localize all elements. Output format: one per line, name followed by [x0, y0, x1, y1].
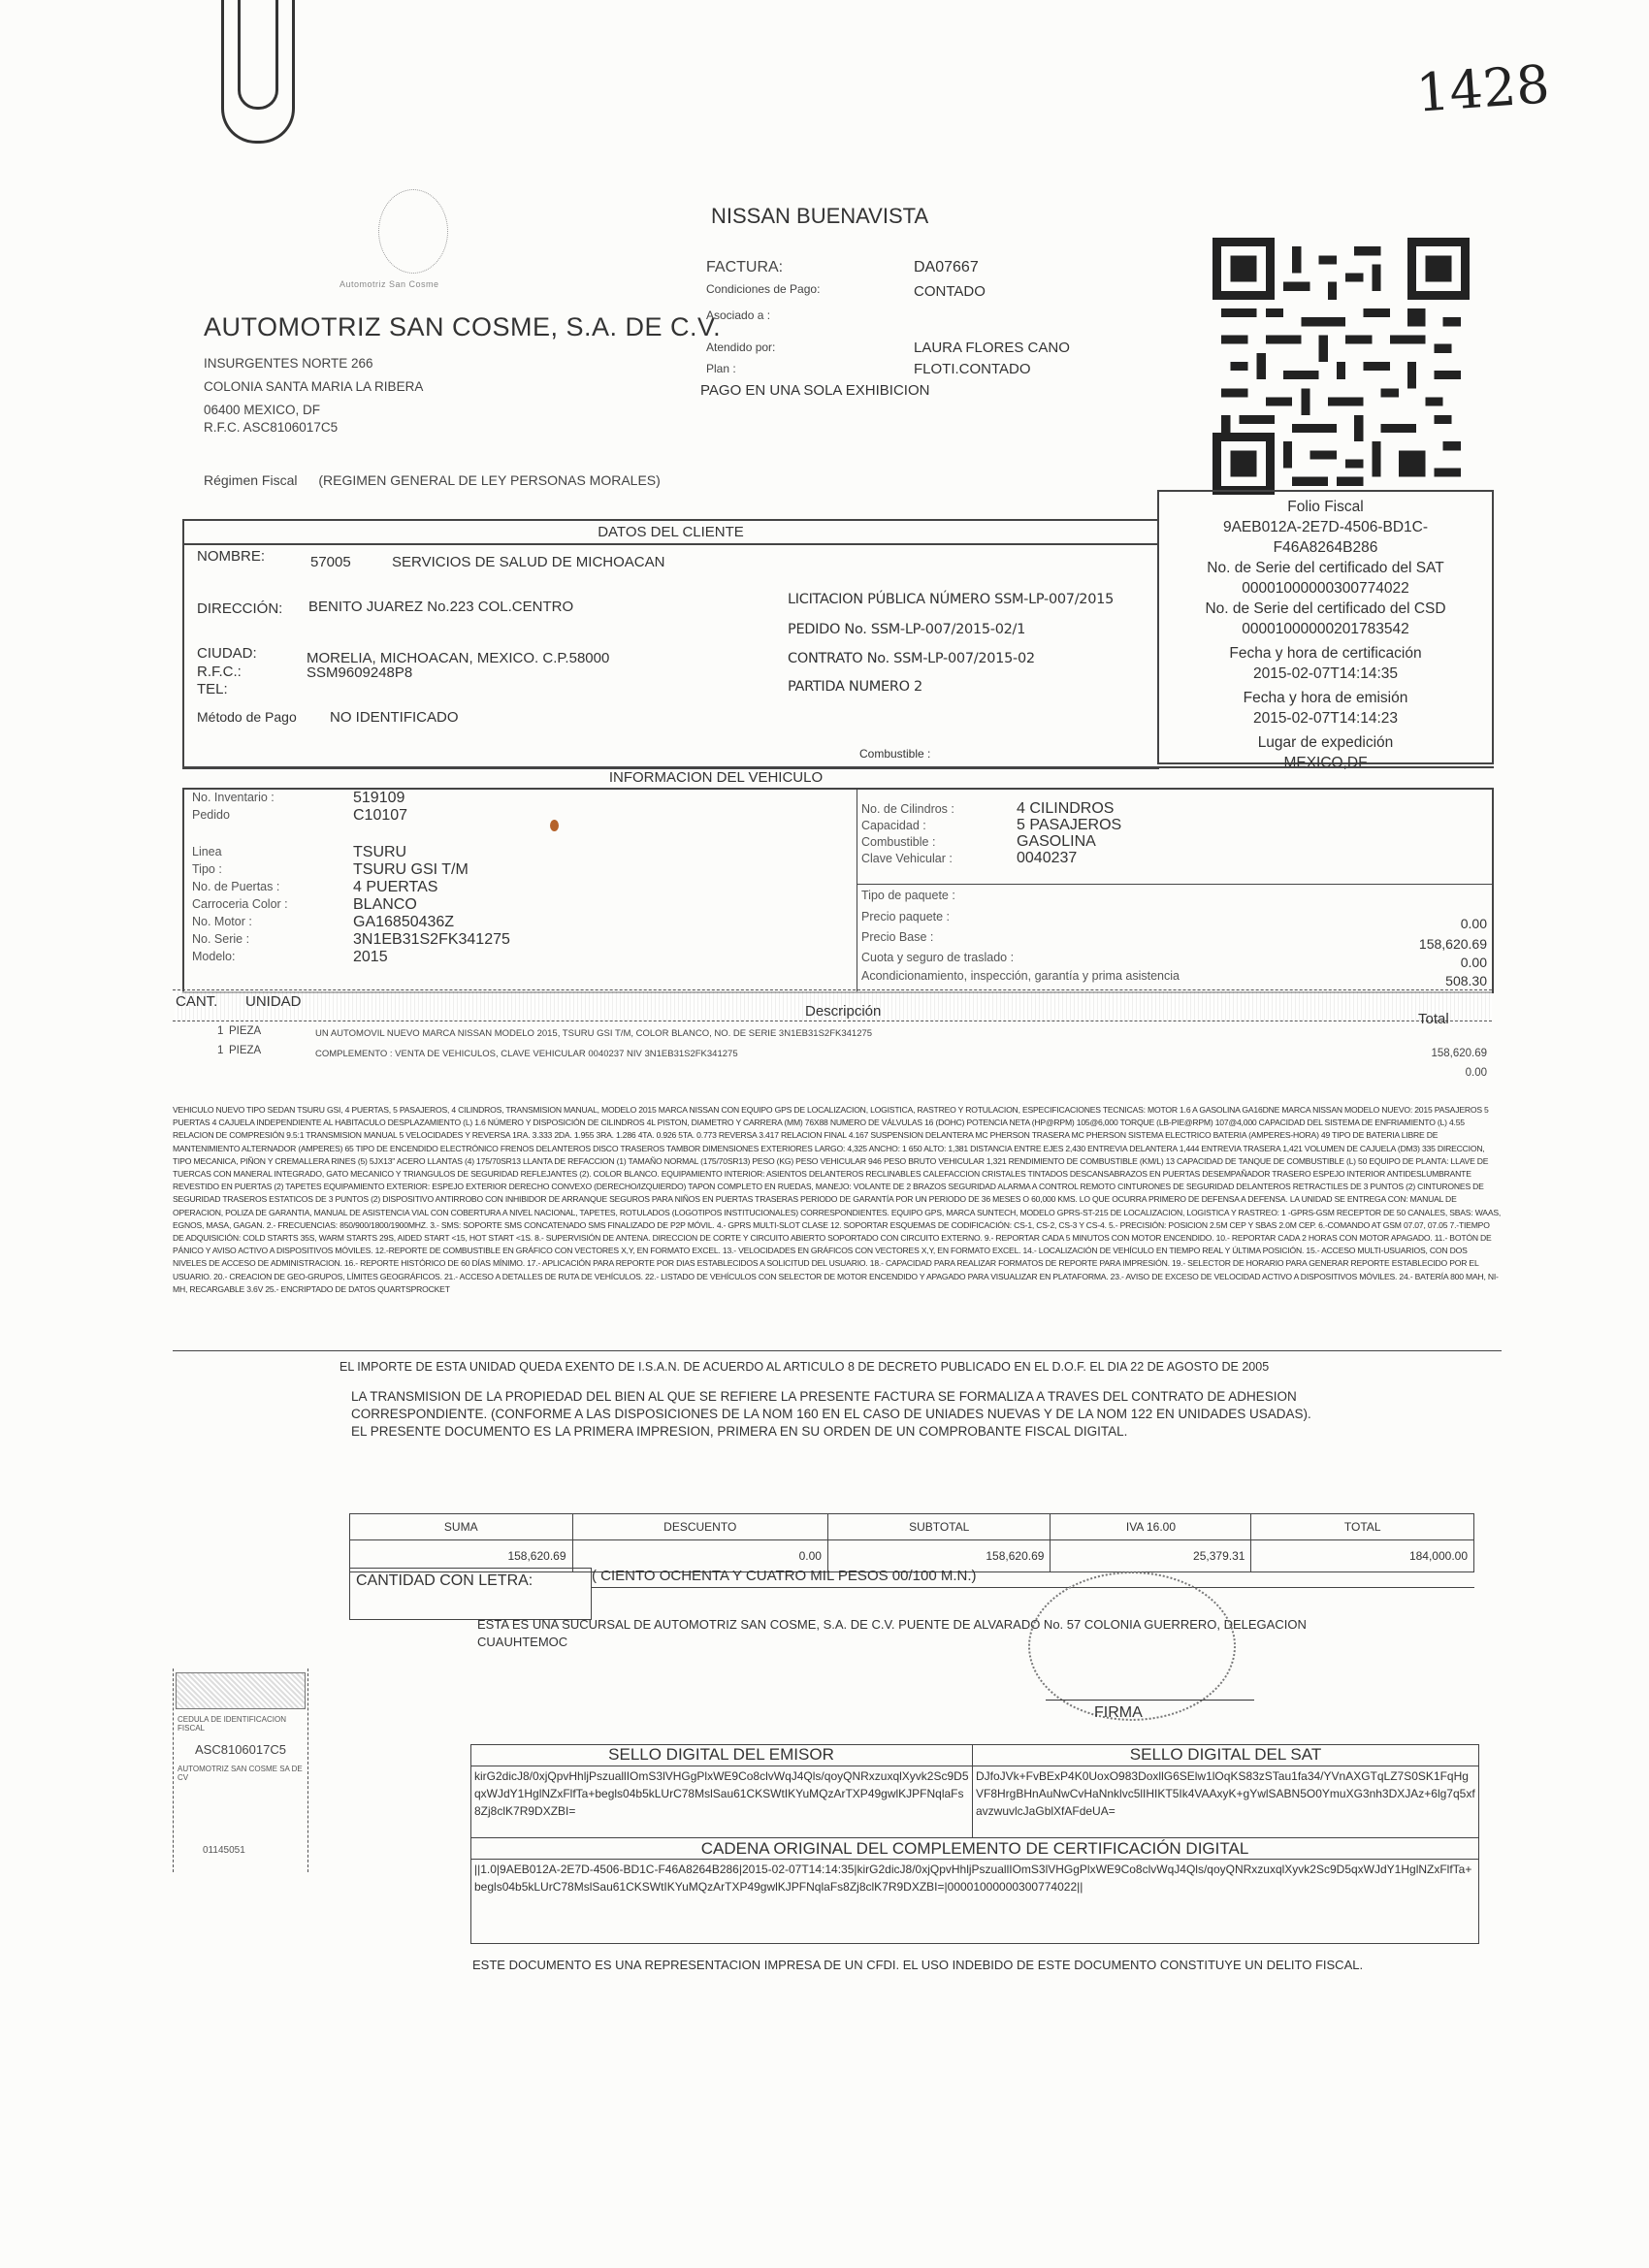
order-label: Pedido: [192, 808, 230, 822]
fuel-type-label: Combustible :: [861, 835, 935, 849]
line-label: Linea: [192, 845, 222, 859]
issuer-address-line: 06400 MEXICO, DF: [204, 403, 320, 417]
cylinders-value: 4 CILINDROS: [1017, 800, 1114, 818]
amount-words-value: ( CIENTO OCHENTA Y CUATRO MIL PESOS 00/1…: [592, 1568, 1474, 1588]
csd-cert-value: 00001000000201783542: [1159, 619, 1492, 639]
plan-value: FLOTI.CONTADO: [914, 361, 1031, 377]
dealer-name: NISSAN BUENAVISTA: [711, 204, 928, 229]
emission-date-value: 2015-02-07T14:14:23: [1159, 708, 1492, 729]
serial-label: No. Serie :: [192, 932, 249, 946]
capacity-label: Capacidad :: [861, 819, 926, 832]
csd-cert-label: No. de Serie del certificado del CSD: [1159, 599, 1492, 619]
inventory-value: 519109: [353, 790, 404, 807]
company-stamp-icon: [1028, 1571, 1236, 1721]
client-rfc-label: R.F.C.:: [197, 664, 242, 680]
ticket-title: CEDULA DE IDENTIFICACION FISCAL: [178, 1715, 304, 1733]
sat-cert-label: No. de Serie del certificado del SAT: [1159, 558, 1492, 578]
engine-value: GA16850436Z: [353, 914, 454, 931]
plan-label: Plan :: [706, 362, 736, 375]
type-label: Tipo :: [192, 862, 222, 876]
item-description: UN AUTOMOVIL NUEVO MARCA NISSAN MODELO 2…: [315, 1028, 872, 1039]
transport-fee-value: 0.00: [1461, 955, 1487, 970]
conditioning-value: 508.30: [1445, 973, 1487, 988]
fiscal-id-ticket: CEDULA DE IDENTIFICACION FISCAL ASC81060…: [173, 1669, 308, 1872]
divider: [470, 1837, 1479, 1838]
regimen-fiscal: Régimen Fiscal (REGIMEN GENERAL DE LEY P…: [204, 472, 678, 488]
fuel-type-value: GASOLINA: [1017, 833, 1096, 851]
package-type-label: Tipo de paquete :: [861, 889, 955, 902]
inventory-label: No. Inventario :: [192, 791, 275, 804]
base-price-value: 158,620.69: [1419, 936, 1487, 952]
divider: [182, 543, 1159, 545]
vehicle-specifications: VEHICULO NUEVO TIPO SEDAN TSURU GSI, 4 P…: [173, 1104, 1502, 1296]
ticket-number: 01145051: [203, 1845, 245, 1856]
sat-seal-value: DJfoJVk+FvBExP4K0UoxO983DoxllG6SElw1lOqK…: [976, 1767, 1475, 1820]
attended-by-label: Atendido por:: [706, 340, 775, 354]
package-price-label: Precio paquete :: [861, 910, 950, 923]
invoice-label: FACTURA:: [706, 259, 783, 276]
client-id: 57005: [310, 554, 351, 570]
company-logo-icon: [378, 189, 448, 274]
divider: [182, 766, 1494, 768]
attended-by-value: LAURA FLORES CANO: [914, 340, 1070, 356]
divider: [173, 1021, 1492, 1021]
fiscal-info-box: Folio Fiscal 9AEB012A-2E7D-4506-BD1C- F4…: [1157, 490, 1494, 764]
regimen-value: (REGIMEN GENERAL DE LEY PERSONAS MORALES…: [318, 472, 660, 488]
sat-cert-value: 00001000000300774022: [1159, 578, 1492, 599]
isan-exemption-note: EL IMPORTE DE ESTA UNIDAD QUEDA EXENTO D…: [339, 1360, 1269, 1374]
original-chain-title: CADENA ORIGINAL DEL COMPLEMENTO DE CERTI…: [470, 1839, 1479, 1859]
sum-header: SUMA: [350, 1514, 573, 1540]
signature-label: FIRMA: [1094, 1704, 1143, 1722]
transmission-note: CORRESPONDIENTE. (CONFORME A LAS DISPOSI…: [351, 1407, 1311, 1421]
model-value: 2015: [353, 949, 388, 966]
branch-note: CUAUHTEMOC: [477, 1635, 567, 1649]
vehicle-key-label: Clave Vehicular :: [861, 852, 953, 865]
conditioning-label: Acondicionamiento, inspección, garantía …: [861, 969, 1180, 983]
contract-line: PEDIDO No. SSM-LP-007/2015-02/1: [788, 622, 1025, 637]
divider: [470, 1766, 1479, 1766]
divider: [857, 884, 1494, 885]
sat-seal-title: SELLO DIGITAL DEL SAT: [972, 1745, 1479, 1765]
signature-line: [1046, 1700, 1254, 1701]
ticket-barcode-icon: [176, 1672, 306, 1709]
cert-date-value: 2015-02-07T14:14:35: [1159, 664, 1492, 684]
issuer-name: AUTOMOTRIZ SAN COSME, S.A. DE C.V.: [204, 312, 721, 342]
line-value: TSURU: [353, 844, 406, 861]
payment-method-label: Método de Pago: [197, 709, 297, 725]
amount-words-label: CANTIDAD CON LETRA:: [356, 1572, 533, 1590]
divider: [173, 989, 1492, 990]
base-price-label: Precio Base :: [861, 930, 933, 944]
original-chain-value: ||1.0|9AEB012A-2E7D-4506-BD1C-F46A8264B2…: [474, 1861, 1473, 1895]
capacity-value: 5 PASAJEROS: [1017, 817, 1121, 834]
col-unit-header: UNIDAD: [245, 993, 302, 1010]
doors-label: No. de Puertas :: [192, 880, 279, 893]
issuer-address-line: INSURGENTES NORTE 266: [204, 356, 373, 371]
col-description-header: Descripción: [805, 1003, 881, 1020]
item-unit: PIEZA: [229, 1045, 261, 1056]
package-price-value: 0.00: [1461, 916, 1487, 931]
item-total: 0.00: [1397, 1067, 1487, 1079]
contract-line: PARTIDA NUMERO 2: [788, 679, 922, 695]
item-qty: 1: [217, 1025, 223, 1037]
client-name-label: NOMBRE:: [197, 548, 265, 565]
ticket-name: AUTOMOTRIZ SAN COSME SA DE CV: [178, 1765, 304, 1782]
total-header: TOTAL: [1251, 1514, 1474, 1540]
contract-line: LICITACION PÚBLICA NÚMERO SSM-LP-007/201…: [788, 592, 1114, 607]
serial-value: 3N1EB31S2FK341275: [353, 931, 510, 949]
subtotal-header: SUBTOTAL: [827, 1514, 1051, 1540]
payment-terms-value: CONTADO: [914, 283, 986, 300]
item-total: 158,620.69: [1397, 1048, 1487, 1059]
item-qty: 1: [217, 1045, 223, 1056]
logo-caption: Automotriz San Cosme: [339, 279, 439, 289]
place-label: Lugar de expedición: [1159, 732, 1492, 753]
qr-code-icon: [1212, 238, 1470, 495]
model-label: Modelo:: [192, 950, 235, 963]
color-value: BLANCO: [353, 896, 417, 914]
order-value: C10107: [353, 807, 407, 825]
item-unit: PIEZA: [229, 1025, 261, 1037]
issuer-rfc: R.F.C. ASC8106017C5: [204, 420, 338, 435]
invoice-number: DA07667: [914, 259, 979, 276]
client-name: SERVICIOS DE SALUD DE MICHOACAN: [392, 554, 664, 570]
folio-value-cont: F46A8264B286: [1159, 537, 1492, 558]
cert-date-label: Fecha y hora de certificación: [1159, 643, 1492, 664]
associated-label: Asociado a :: [706, 308, 770, 322]
color-label: Carroceria Color :: [192, 897, 288, 911]
transport-fee-label: Cuota y seguro de traslado :: [861, 951, 1014, 964]
vehicle-key-value: 0040237: [1017, 850, 1077, 867]
paper-clip-icon: [221, 0, 295, 144]
client-address: BENITO JUAREZ No.223 COL.CENTRO: [308, 599, 573, 615]
discount-header: DESCUENTO: [572, 1514, 827, 1540]
client-rfc: SSM9609248P8: [307, 664, 412, 681]
contract-line: CONTRATO No. SSM-LP-007/2015-02: [788, 651, 1035, 666]
folio-value: 9AEB012A-2E7D-4506-BD1C-: [1159, 517, 1492, 537]
payment-method-value: NO IDENTIFICADO: [330, 709, 459, 726]
divider: [470, 1859, 1479, 1860]
page-annotation: 1428: [1414, 53, 1551, 123]
doors-value: 4 PUERTAS: [353, 879, 437, 896]
item-description: COMPLEMENTO : VENTA DE VEHICULOS, CLAVE …: [315, 1049, 738, 1059]
type-value: TSURU GSI T/M: [353, 861, 469, 879]
issuer-address-line: COLONIA SANTA MARIA LA RIBERA: [204, 379, 423, 394]
client-section-title: DATOS DEL CLIENTE: [182, 524, 1159, 540]
vehicle-section-title: INFORMACION DEL VEHICULO: [182, 769, 1249, 786]
emission-date-label: Fecha y hora de emisión: [1159, 688, 1492, 708]
totals-table: SUMA DESCUENTO SUBTOTAL IVA 16.00 TOTAL …: [349, 1513, 1474, 1572]
emisor-seal-title: SELLO DIGITAL DEL EMISOR: [470, 1745, 972, 1765]
cylinders-label: No. de Cilindros :: [861, 802, 954, 816]
ink-spot: [550, 820, 559, 831]
engine-label: No. Motor :: [192, 915, 252, 928]
client-address-label: DIRECCIÓN:: [197, 600, 282, 617]
transmission-note: LA TRANSMISION DE LA PROPIEDAD DEL BIEN …: [351, 1389, 1297, 1404]
regimen-label: Régimen Fiscal: [204, 472, 297, 488]
col-qty-header: CANT.: [176, 993, 217, 1010]
fuel-label: Combustible :: [859, 747, 930, 761]
payment-note: PAGO EN UNA SOLA EXHIBICION: [700, 382, 929, 399]
client-tel-label: TEL:: [197, 681, 228, 697]
ticket-rfc: ASC8106017C5: [174, 1742, 307, 1757]
iva-header: IVA 16.00: [1051, 1514, 1251, 1540]
payment-terms-label: Condiciones de Pago:: [706, 282, 820, 296]
client-city-label: CIUDAD:: [197, 645, 257, 662]
emisor-seal-value: kirG2dicJ8/0xjQpvHhljPszuallIOmS3lVHGgPl…: [474, 1767, 969, 1820]
transmission-note: EL PRESENTE DOCUMENTO ES LA PRIMERA IMPR…: [351, 1424, 1127, 1439]
divider: [857, 788, 857, 993]
divider: [173, 1350, 1502, 1351]
folio-label: Folio Fiscal: [1159, 497, 1492, 517]
col-total-header: Total: [1418, 1011, 1449, 1027]
cfdi-footer-note: ESTE DOCUMENTO ES UNA REPRESENTACION IMP…: [472, 1958, 1363, 1972]
